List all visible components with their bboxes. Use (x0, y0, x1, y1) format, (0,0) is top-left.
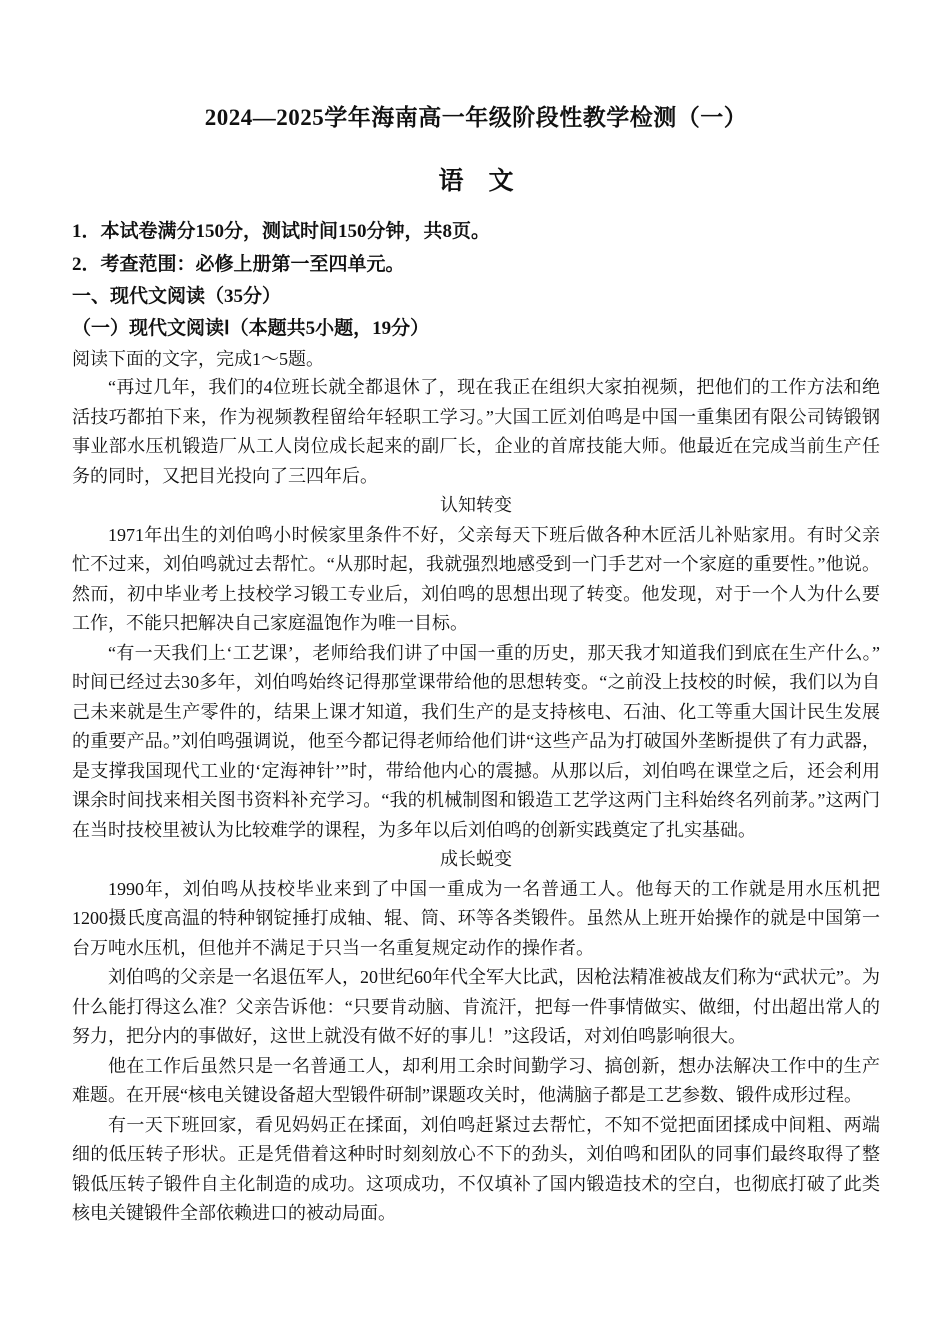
passage-paragraph: 1990年，刘伯鸣从技校毕业来到了中国一重成为一名普通工人。他每天的工作就是用水… (72, 875, 880, 964)
exam-notices: 1．本试卷满分150分，测试时间150分钟，共8页。 2．考查范围：必修上册第一… (72, 215, 880, 281)
passage-paragraph: 他在工作后虽然只是一名普通工人，却利用工余时间勤学习、搞创新，想办法解决工作中的… (72, 1052, 880, 1111)
reading-instruction: 阅读下面的文字，完成1～5题。 (72, 345, 880, 373)
exam-title: 2024—2025学年海南高一年级阶段性教学检测（一） (72, 103, 880, 133)
passage-paragraph: 刘伯鸣的父亲是一名退伍军人，20世纪60年代全军大比武，因枪法精准被战友们称为“… (72, 963, 880, 1052)
passage-paragraph: “再过几年，我们的4位班长就全都退休了，现在我正在组织大家拍视频，把他们的工作方… (72, 373, 880, 491)
subsection-heading-reading-1: （一）现代文阅读Ⅰ（本题共5小题，19分） (72, 313, 880, 345)
passage-subheading: 成长蜕变 (72, 845, 880, 875)
notice-item-1: 1．本试卷满分150分，测试时间150分钟，共8页。 (72, 215, 880, 248)
passage-paragraph: 有一天下班回家，看见妈妈正在揉面，刘伯鸣赶紧过去帮忙，不知不觉把面团揉成中间粗、… (72, 1111, 880, 1229)
passage-paragraph: “有一天我们上‘工艺课’，老师给我们讲了中国一重的历史，那天我才知道我们到底在生… (72, 639, 880, 846)
passage: “再过几年，我们的4位班长就全都退休了，现在我正在组织大家拍视频，把他们的工作方… (72, 373, 880, 1229)
exam-subject: 语 文 (72, 165, 880, 199)
passage-subheading: 认知转变 (72, 491, 880, 521)
exam-page: 2024—2025学年海南高一年级阶段性教学检测（一） 语 文 1．本试卷满分1… (0, 0, 950, 1344)
notice-item-2: 2．考查范围：必修上册第一至四单元。 (72, 248, 880, 281)
passage-paragraph: 1971年出生的刘伯鸣小时候家里条件不好，父亲每天下班后做各种木匠活儿补贴家用。… (72, 521, 880, 639)
section-heading-modern-reading: 一、现代文阅读（35分） (72, 281, 880, 313)
